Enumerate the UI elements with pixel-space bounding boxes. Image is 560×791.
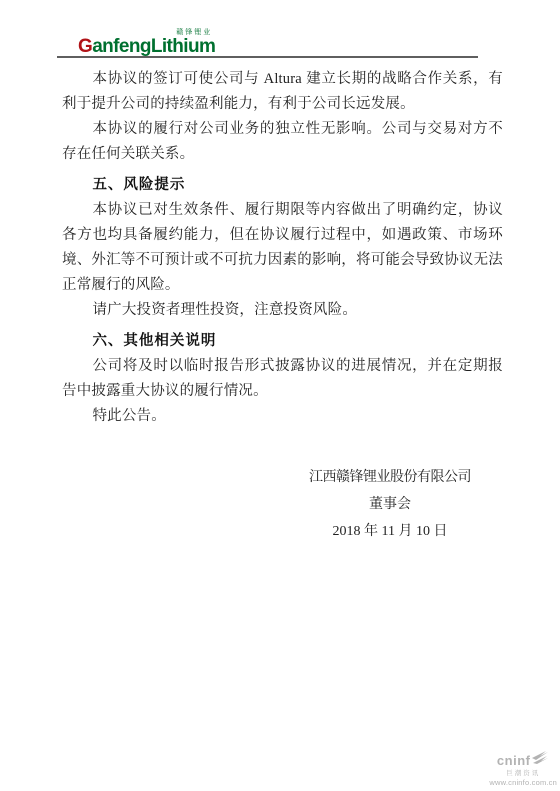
announcement-date: 2018 年 11 月 10 日 — [277, 518, 503, 545]
cninfo-url: www.cninfo.com.cn — [489, 779, 557, 787]
cninfo-watermark: cninf 巨潮资讯 www.cninfo.com.cn — [489, 750, 557, 787]
cninfo-swoosh-icon — [531, 750, 549, 769]
ganfeng-logo: 赣锋锂业 GanfengLithium — [78, 29, 215, 56]
company-name: 江西赣锋锂业股份有限公司 — [277, 464, 503, 491]
section-heading-risk: 五、风险提示 — [62, 173, 503, 198]
signature-block: 江西赣锋锂业股份有限公司 董事会 2018 年 11 月 10 日 — [277, 464, 503, 545]
cninfo-chinese-name: 巨潮资讯 — [489, 770, 557, 777]
cninfo-logo-row: cninf — [489, 750, 557, 769]
logo-initial: G — [78, 36, 92, 57]
section-heading-other: 六、其他相关说明 — [62, 329, 503, 354]
logo-rest: anfengLithium — [92, 36, 215, 57]
header-divider — [57, 56, 478, 58]
board-signer: 董事会 — [277, 491, 503, 518]
cninfo-wordmark: cninf — [497, 754, 531, 768]
paragraph-announcement: 特此公告。 — [62, 404, 503, 429]
document-page: 赣锋锂业 GanfengLithium 本协议的签订可使公司与 Altura 建… — [0, 0, 560, 791]
paragraph-investor-notice: 请广大投资者理性投资，注意投资风险。 — [62, 298, 503, 323]
paragraph-risk-detail: 本协议已对生效条件、履行期限等内容做出了明确约定，协议各方也均具备履约能力，但在… — [62, 198, 503, 298]
document-body: 本协议的签订可使公司与 Altura 建立长期的战略合作关系，有利于提升公司的持… — [62, 67, 503, 429]
paragraph-independence: 本协议的履行对公司业务的独立性无影响。公司与交易对方不存在任何关联关系。 — [62, 117, 503, 167]
logo-wordmark: GanfengLithium — [78, 37, 215, 56]
paragraph-agreement-benefit: 本协议的签订可使公司与 Altura 建立长期的战略合作关系，有利于提升公司的持… — [62, 67, 503, 117]
logo-chinese-text: 赣锋锂业 — [78, 29, 215, 36]
paragraph-disclosure: 公司将及时以临时报告形式披露协议的进展情况，并在定期报告中披露重大协议的履行情况… — [62, 354, 503, 404]
